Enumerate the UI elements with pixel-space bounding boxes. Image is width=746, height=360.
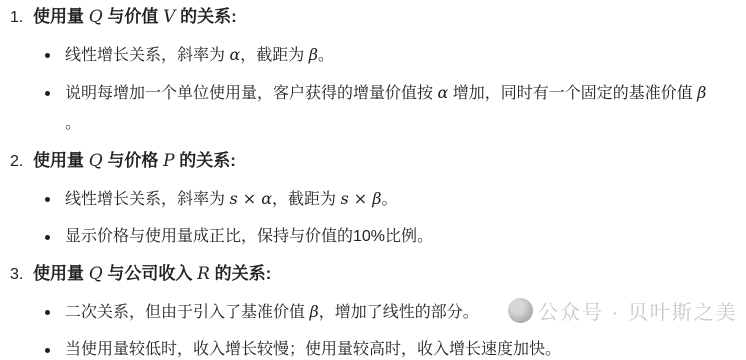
text-segment: ，增加了线性的部分。 [319, 304, 479, 321]
text-segment: 与价格 [103, 151, 163, 170]
math-variable: Q [89, 7, 103, 27]
item-number: 1. [10, 3, 33, 33]
text-segment: ，截距为 [240, 47, 308, 64]
bullet-marker-icon [45, 348, 50, 353]
list-item: 1.使用量 Q 与价值 V 的关系:线性增长关系，斜率为 α，截距为 β。说明每… [0, 2, 746, 139]
bullet-text: 线性增长关系，斜率为 α，截距为 β。 [65, 47, 334, 64]
math-variable: P [163, 151, 174, 171]
bullet-item: 二次关系，但由于引入了基准价值 β，增加了线性的部分。 [0, 297, 746, 328]
bullet-list: 二次关系，但由于引入了基准价值 β，增加了线性的部分。当使用量较低时，收入增长较… [0, 297, 746, 360]
text-segment: 的关系: [175, 7, 236, 26]
heading-text: 使用量 Q 与公司收入 R 的关系: [33, 264, 271, 283]
text-segment: 与价值 [103, 7, 163, 26]
text-segment: 显示价格与使用量成正比，保持与价值的10%比例。 [65, 228, 433, 245]
bullet-item: 显示价格与使用量成正比，保持与价值的10%比例。 [0, 222, 746, 252]
bullet-marker-icon [45, 310, 50, 315]
item-number: 3. [10, 260, 33, 290]
text-segment: 线性增长关系，斜率为 [65, 191, 229, 208]
page: 1.使用量 Q 与价值 V 的关系:线性增长关系，斜率为 α，截距为 β。说明每… [0, 0, 746, 360]
item-number: 2. [10, 147, 33, 177]
bullet-text: 当使用量较低时，收入增长较慢；使用量较高时，收入增长速度加快。 [65, 341, 561, 358]
math-variable: β [697, 83, 706, 102]
bullet-item: 当使用量较低时，收入增长较慢；使用量较高时，收入增长速度加快。 [0, 335, 746, 360]
math-variable: Q [89, 264, 103, 284]
math-variable: β [309, 45, 318, 64]
bullet-item: 说明每增加一个单位使用量，客户获得的增量价值按 α 增加，同时有一个固定的基准价… [0, 78, 746, 139]
bullet-marker-icon [45, 91, 50, 96]
bullet-list: 线性增长关系，斜率为 s × α，截距为 s × β。显示价格与使用量成正比，保… [0, 184, 746, 252]
text-segment: 使用量 [33, 151, 89, 170]
heading-text: 使用量 Q 与价格 P 的关系: [33, 151, 236, 170]
bullet-text: 显示价格与使用量成正比，保持与价值的10%比例。 [65, 228, 433, 245]
math-variable: s × β [341, 189, 382, 208]
bullet-marker-icon [45, 235, 50, 240]
list-item: 2.使用量 Q 与价格 P 的关系:线性增长关系，斜率为 s × α，截距为 s… [0, 146, 746, 252]
text-segment: 。 [382, 191, 398, 208]
math-variable: s × α [229, 189, 272, 208]
text-segment: 的关系: [175, 151, 236, 170]
heading-text: 使用量 Q 与价值 V 的关系: [33, 7, 237, 26]
math-variable: Q [89, 151, 103, 171]
numbered-list: 1.使用量 Q 与价值 V 的关系:线性增长关系，斜率为 α，截距为 β。说明每… [0, 0, 746, 360]
math-variable: α [229, 45, 240, 64]
bullet-item: 线性增长关系，斜率为 s × α，截距为 s × β。 [0, 184, 746, 215]
text-segment: 的关系: [210, 264, 271, 283]
text-segment: 增加，同时有一个固定的基准价值 [448, 85, 697, 102]
text-segment: 使用量 [33, 264, 89, 283]
bullet-item: 线性增长关系，斜率为 α，截距为 β。 [0, 40, 746, 71]
text-segment: 。 [318, 47, 334, 64]
item-heading: 2.使用量 Q 与价格 P 的关系: [0, 146, 746, 177]
item-heading: 1.使用量 Q 与价值 V 的关系: [0, 2, 746, 33]
text-segment: 说明每增加一个单位使用量，客户获得的增量价值按 [65, 85, 437, 102]
text-segment: 。 [65, 115, 81, 132]
bullet-text: 二次关系，但由于引入了基准价值 β，增加了线性的部分。 [65, 304, 479, 321]
bullet-list: 线性增长关系，斜率为 α，截距为 β。说明每增加一个单位使用量，客户获得的增量价… [0, 40, 746, 139]
bullet-text: 说明每增加一个单位使用量，客户获得的增量价值按 α 增加，同时有一个固定的基准价… [65, 85, 706, 132]
math-variable: V [163, 7, 175, 27]
text-segment: 二次关系，但由于引入了基准价值 [65, 304, 309, 321]
math-variable: α [437, 83, 448, 102]
text-segment: 线性增长关系，斜率为 [65, 47, 229, 64]
text-segment: 使用量 [33, 7, 89, 26]
text-segment: ，截距为 [272, 191, 340, 208]
item-heading: 3.使用量 Q 与公司收入 R 的关系: [0, 259, 746, 290]
bullet-text: 线性增长关系，斜率为 s × α，截距为 s × β。 [65, 191, 398, 208]
math-variable: R [197, 264, 210, 284]
text-segment: 当使用量较低时，收入增长较慢；使用量较高时，收入增长速度加快。 [65, 341, 561, 358]
math-variable: β [309, 302, 318, 321]
bullet-marker-icon [45, 53, 50, 58]
bullet-marker-icon [45, 197, 50, 202]
list-item: 3.使用量 Q 与公司收入 R 的关系:二次关系，但由于引入了基准价值 β，增加… [0, 259, 746, 360]
text-segment: 与公司收入 [103, 264, 197, 283]
